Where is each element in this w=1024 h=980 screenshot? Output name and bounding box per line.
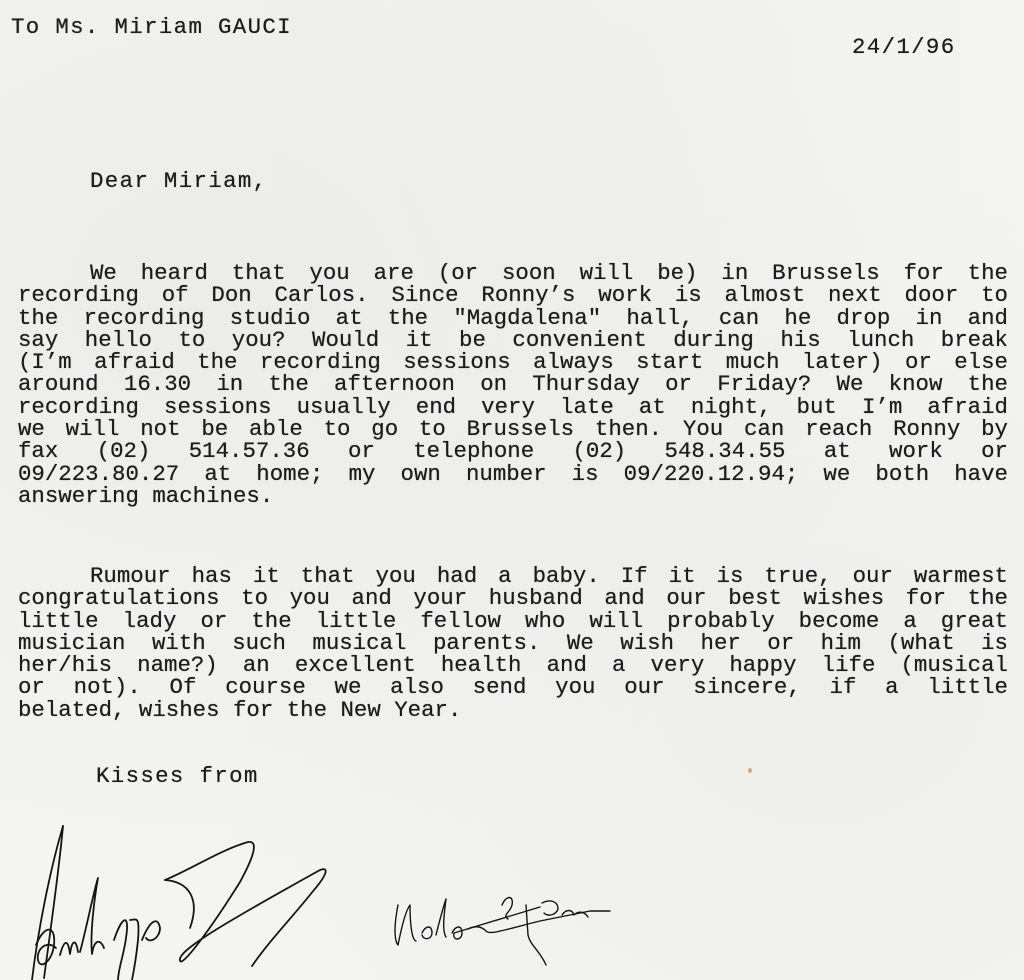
paragraph-visit-request: We heard that you are (or soon will be) … [18, 262, 1008, 507]
signature-2 [390, 885, 640, 975]
text-line: little lady or the little fellow who wil… [18, 610, 1008, 632]
text-line: her/his name?) an excellent health and a… [18, 654, 1008, 676]
text-line: musician with such musical parents. We w… [18, 632, 1008, 654]
text-line: (I’m afraid the recording sessions alway… [18, 351, 1008, 373]
text-line: fax (02) 514.57.36 or telephone (02) 548… [18, 440, 1008, 462]
text-line: belated, wishes for the New Year. [18, 699, 1008, 721]
text-line: congratulations to you and your husband … [18, 587, 1008, 609]
text-line: say hello to you? Would it be convenient… [18, 329, 1008, 351]
text-line: answering machines. [18, 485, 1008, 507]
text-line: Rumour has it that you had a baby. If it… [18, 565, 1008, 587]
text-line: the recording studio at the "Magdalena" … [18, 307, 1008, 329]
paper-speck [748, 768, 752, 773]
text-line: 09/223.80.27 at home; my own number is 0… [18, 463, 1008, 485]
text-line: or not). Of course we also send you our … [18, 676, 1008, 698]
text-line: We heard that you are (or soon will be) … [18, 262, 1008, 284]
recipient-line: To Ms. Miriam GAUCI [11, 16, 292, 38]
letter-date: 24/1/96 [852, 36, 956, 58]
text-line: we will not be able to go to Brussels th… [18, 418, 1008, 440]
text-line: recording of Don Carlos. Since Ronny’s w… [18, 284, 1008, 306]
closing-line: Kisses from [96, 765, 259, 787]
salutation: Dear Miriam, [90, 170, 267, 192]
signature-1 [30, 820, 350, 980]
letter-page: To Ms. Miriam GAUCI 24/1/96 Dear Miriam,… [0, 0, 1024, 980]
text-line: recording sessions usually end very late… [18, 396, 1008, 418]
paragraph-congratulations: Rumour has it that you had a baby. If it… [18, 565, 1008, 721]
text-line: around 16.30 in the afternoon on Thursda… [18, 373, 1008, 395]
